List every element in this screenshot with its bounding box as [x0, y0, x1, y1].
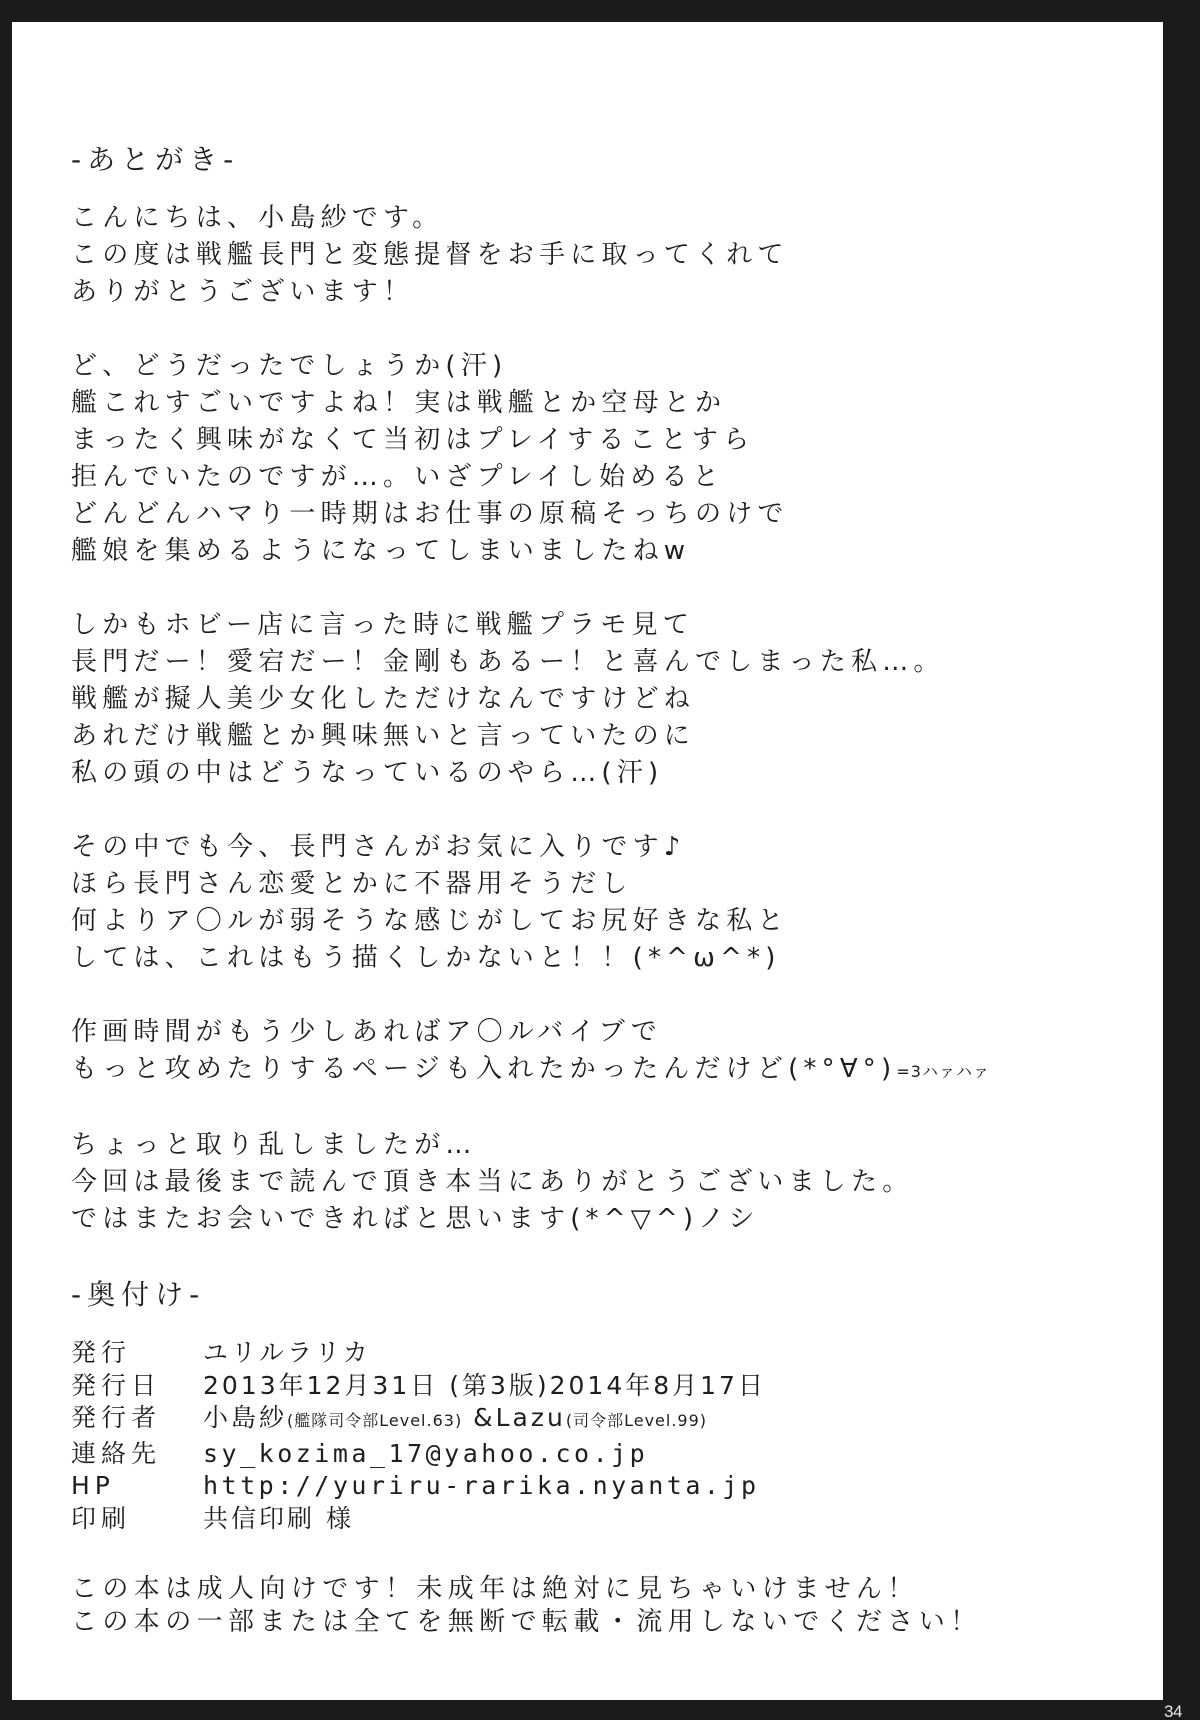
notice-line-copyright: この本の一部または全てを無断で転載・流用しないでください！	[71, 1606, 1141, 1639]
afterword-paragraph-hobby-shop: しかもホビー店に言った時に戦艦プラモ見て 長門だー！愛宕だー！金剛もあるー！と喜…	[71, 607, 1141, 792]
notice-line-adult: この本は成人向けです！未成年は絶対に見ちゃいけません！	[71, 1573, 1141, 1606]
afterword-paragraph-drawing-time: 作画時間がもう少しあればア〇ルバイブで もっと攻めたりするページも入れたかったん…	[71, 1014, 1141, 1090]
afterword-paragraph-closing: ちょっと取り乱しましたが… 今回は最後まで読んで頂き本当にありがとうございました…	[71, 1127, 1141, 1238]
text-line: 艦これすごいですよね！実は戦艦とか空母とか	[71, 385, 1141, 422]
colophon-value: 小島紗(艦隊司令部Level.63) &Lazu(司令部Level.99)	[203, 1402, 707, 1438]
afterword-heading: -あとがき-	[71, 140, 1141, 180]
afterword-section: -あとがき- こんにちは、小島紗です。 この度は戦艦長門と変態提督をお手に取って…	[71, 140, 1141, 1238]
colophon-label: 印刷	[71, 1503, 203, 1536]
text-line: しては、これはもう描くしかないと！！(*^ω^*)	[71, 940, 1141, 977]
text-line: 拒んでいたのですが…。いざプレイし始めると	[71, 459, 1141, 496]
text-line: もっと攻めたりするページも入れたかったんだけど(*°∀°)=3ハァハァ	[71, 1051, 1141, 1090]
text-line: どんどんハマり一時期はお仕事の原稿そっちのけで	[71, 496, 1141, 533]
coauthor-name: &Lazu	[462, 1403, 566, 1432]
text-line: ちょっと取り乱しましたが…	[71, 1127, 1141, 1164]
colophon-label: 発行日	[71, 1370, 203, 1403]
text-line-aside: =3ハァハァ	[896, 1062, 990, 1081]
colophon-row-publish-date: 発行日 2013年12月31日 (第3版)2014年8月17日	[71, 1370, 1141, 1403]
text-line: 今回は最後まで読んで頂き本当にありがとうございました。	[71, 1164, 1141, 1201]
colophon-value: 2013年12月31日 (第3版)2014年8月17日	[203, 1370, 766, 1403]
colophon-label: HP	[71, 1470, 203, 1503]
colophon-row-printer: 印刷 共信印刷 様	[71, 1503, 1141, 1536]
colophon-value: 共信印刷 様	[203, 1503, 354, 1536]
text-line: まったく興味がなくて当初はプレイすることすら	[71, 422, 1141, 459]
author-rank: (艦隊司令部Level.63)	[287, 1411, 462, 1430]
colophon-heading: -奥付け-	[71, 1275, 1141, 1315]
colophon-row-contact: 連絡先 sy_kozima_17@yahoo.co.jp	[71, 1438, 1141, 1471]
page-number: 34	[1164, 1703, 1182, 1720]
colophon-value: ユリルラリカ	[203, 1337, 371, 1370]
text-line: ど、どうだったでしょうか(汗)	[71, 348, 1141, 385]
colophon-label: 連絡先	[71, 1438, 203, 1471]
text-line: こんにちは、小島紗です。	[71, 200, 1141, 237]
page-content: -あとがき- こんにちは、小島紗です。 この度は戦艦長門と変態提督をお手に取って…	[71, 140, 1141, 1639]
text-line: ありがとうございます！	[71, 274, 1141, 311]
colophon-section: -奥付け- 発行 ユリルラリカ 発行日 2013年12月31日 (第3版)201…	[71, 1275, 1141, 1535]
text-line: この度は戦艦長門と変態提督をお手に取ってくれて	[71, 237, 1141, 274]
afterword-paragraph-nagato: その中でも今、長門さんがお気に入りです♪ ほら長門さん恋愛とかに不器用そうだし …	[71, 829, 1141, 977]
colophon-label: 発行者	[71, 1402, 203, 1438]
text-line: その中でも今、長門さんがお気に入りです♪	[71, 829, 1141, 866]
homepage-url: http://yuriru-rarika.nyanta.jp	[203, 1470, 760, 1503]
contact-email: sy_kozima_17@yahoo.co.jp	[203, 1438, 648, 1471]
coauthor-rank: (司令部Level.99)	[566, 1411, 707, 1430]
text-line: しかもホビー店に言った時に戦艦プラモ見て	[71, 607, 1141, 644]
text-line: ほら長門さん恋愛とかに不器用そうだし	[71, 866, 1141, 903]
text-line: 長門だー！愛宕だー！金剛もあるー！と喜んでしまった私…。	[71, 644, 1141, 681]
text-line: 何よりア〇ルが弱そうな感じがしてお尻好きな私と	[71, 903, 1141, 940]
text-line: 戦艦が擬人美少女化しただけなんですけどね	[71, 681, 1141, 718]
colophon-table: 発行 ユリルラリカ 発行日 2013年12月31日 (第3版)2014年8月17…	[71, 1337, 1141, 1535]
colophon-label: 発行	[71, 1337, 203, 1370]
afterword-paragraph-greeting: こんにちは、小島紗です。 この度は戦艦長門と変態提督をお手に取ってくれて ありが…	[71, 200, 1141, 311]
text-line-main: もっと攻めたりするページも入れたかったんだけど(*°∀°)	[71, 1054, 896, 1084]
afterword-paragraph-kancolle: ど、どうだったでしょうか(汗) 艦これすごいですよね！実は戦艦とか空母とか まっ…	[71, 348, 1141, 570]
text-line: 作画時間がもう少しあればア〇ルバイブで	[71, 1014, 1141, 1051]
colophon-row-publisher: 発行 ユリルラリカ	[71, 1337, 1141, 1370]
legal-notice: この本は成人向けです！未成年は絶対に見ちゃいけません！ この本の一部または全てを…	[71, 1573, 1141, 1639]
text-line: 私の頭の中はどうなっているのやら…(汗)	[71, 755, 1141, 792]
author-name: 小島紗	[203, 1403, 287, 1432]
text-line: ではまたお会いできればと思います(*^▽^)ノシ	[71, 1201, 1141, 1238]
text-line: あれだけ戦艦とか興味無いと言っていたのに	[71, 718, 1141, 755]
colophon-row-homepage: HP http://yuriru-rarika.nyanta.jp	[71, 1470, 1141, 1503]
text-line: 艦娘を集めるようになってしまいましたねw	[71, 533, 1141, 570]
colophon-row-author: 発行者 小島紗(艦隊司令部Level.63) &Lazu(司令部Level.99…	[71, 1402, 1141, 1438]
